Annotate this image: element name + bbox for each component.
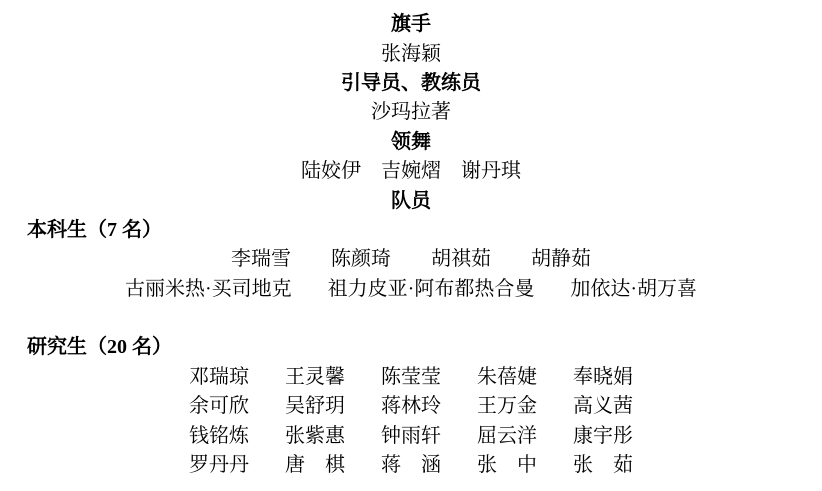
section-heading-lead-dance: 领舞	[0, 125, 822, 154]
flag-bearer-name-row: 张海颖	[0, 36, 822, 65]
member-name: 罗丹丹	[189, 448, 249, 477]
member-name: 蒋 涵	[381, 448, 441, 477]
blank-line	[0, 301, 822, 330]
member-name: 胡祺茹	[431, 242, 491, 271]
member-name: 胡静茹	[531, 242, 591, 271]
member-name: 陈莹莹	[381, 360, 441, 389]
member-name: 唐 棋	[285, 448, 345, 477]
member-name: 陈颜琦	[331, 242, 391, 271]
heading-text: 队员	[391, 184, 431, 213]
undergrad-names-row: 李瑞雪 陈颜琦 胡祺茹 胡静茹	[0, 242, 822, 271]
heading-text: 引导员、教练员	[341, 66, 481, 95]
heading-text: 本科生（7 名）	[27, 213, 162, 242]
section-heading-grad: 研究生（20 名）	[0, 330, 822, 359]
guide-coach-name-row: 沙玛拉著	[0, 95, 822, 124]
member-name: 张海颖	[381, 37, 441, 66]
undergrad-names-row: 古丽米热·买司地克 祖力皮亚·阿布都热合曼 加依达·胡万喜	[0, 272, 822, 301]
heading-text: 旗手	[391, 7, 431, 36]
member-name: 高义茜	[573, 389, 633, 418]
member-name: 李瑞雪	[231, 242, 291, 271]
member-name: 古丽米热·买司地克	[125, 272, 292, 301]
grad-names-row: 钱铭炼 张紫惠 钟雨轩 屈云洋 康宇彤	[0, 418, 822, 447]
grad-names-row: 余可欣 吴舒玥 蒋林玲 王万金 高义茜	[0, 389, 822, 418]
member-name: 朱蓓婕	[477, 360, 537, 389]
member-name: 屈云洋	[477, 419, 537, 448]
section-heading-undergrad: 本科生（7 名）	[0, 213, 822, 242]
member-name: 康宇彤	[573, 419, 633, 448]
member-name: 张 茹	[573, 448, 633, 477]
member-name: 祖力皮亚·阿布都热合曼	[328, 272, 535, 301]
grad-names-row: 罗丹丹 唐 棋 蒋 涵 张 中 张 茹	[0, 448, 822, 477]
member-name: 张紫惠	[285, 419, 345, 448]
member-name: 张 中	[477, 448, 537, 477]
document-page: 旗手 张海颖 引导员、教练员 沙玛拉著 领舞 陆姣伊 吉婉熠 谢丹琪 队员 本科…	[0, 0, 822, 491]
member-name: 奉晓娟	[573, 360, 633, 389]
member-name: 王万金	[477, 389, 537, 418]
member-name: 王灵馨	[285, 360, 345, 389]
member-name: 余可欣	[189, 389, 249, 418]
heading-text: 领舞	[391, 125, 431, 154]
member-name: 吉婉熠	[381, 154, 441, 183]
member-name: 加依达·胡万喜	[570, 272, 697, 301]
member-name: 钱铭炼	[189, 419, 249, 448]
section-heading-flag-bearer: 旗手	[0, 7, 822, 36]
heading-text: 研究生（20 名）	[27, 330, 172, 359]
member-name: 谢丹琪	[461, 154, 521, 183]
lead-dance-names-row: 陆姣伊 吉婉熠 谢丹琪	[0, 154, 822, 183]
member-name: 邓瑞琼	[189, 360, 249, 389]
member-name: 蒋林玲	[381, 389, 441, 418]
section-heading-members: 队员	[0, 183, 822, 212]
member-name: 陆姣伊	[301, 154, 361, 183]
member-name: 钟雨轩	[381, 419, 441, 448]
member-name: 沙玛拉著	[371, 95, 451, 124]
section-heading-guide-coach: 引导员、教练员	[0, 66, 822, 95]
grad-names-row: 邓瑞琼 王灵馨 陈莹莹 朱蓓婕 奉晓娟	[0, 360, 822, 389]
member-name: 吴舒玥	[285, 389, 345, 418]
